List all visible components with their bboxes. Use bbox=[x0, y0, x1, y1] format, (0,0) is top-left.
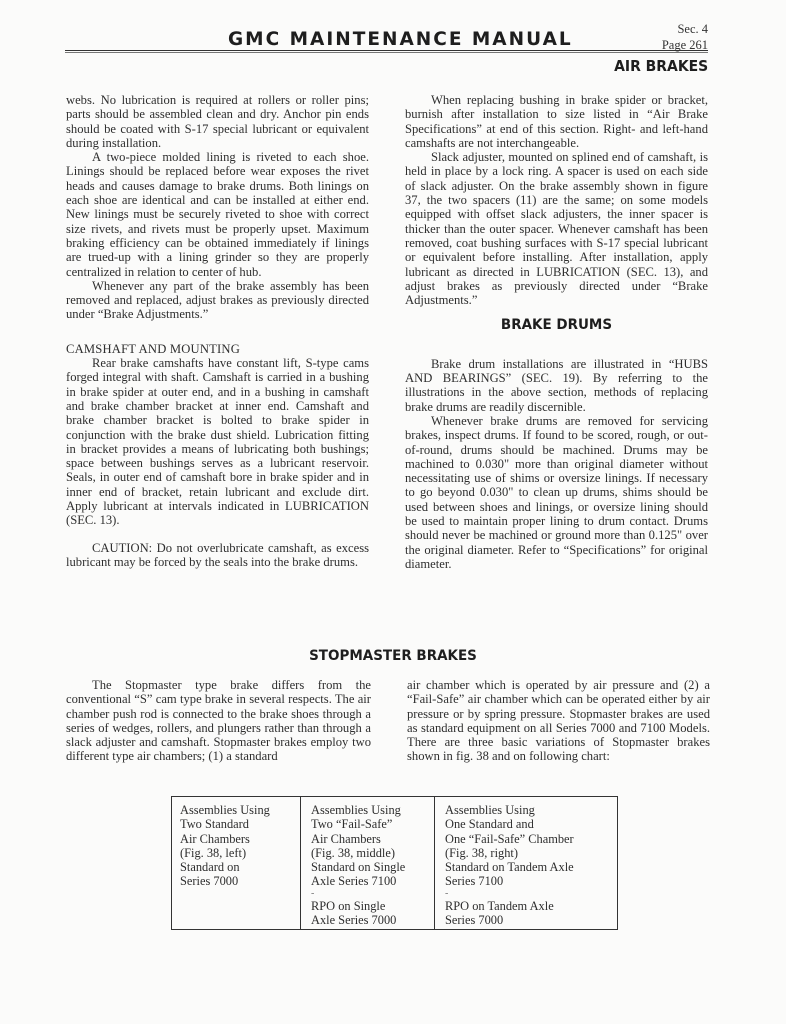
table-separator: - bbox=[445, 889, 613, 899]
table-cell-line: Air Chambers bbox=[311, 832, 430, 846]
table-column: Assemblies Using Two “Fail-Safe” Air Cha… bbox=[300, 797, 434, 929]
table-cell-line: Air Chambers bbox=[180, 832, 296, 846]
table-column: Assemblies Using Two Standard Air Chambe… bbox=[172, 797, 300, 929]
paragraph: Whenever brake drums are removed for ser… bbox=[405, 414, 708, 571]
right-column: When replacing bushing in brake spider o… bbox=[405, 93, 708, 571]
stopmaster-right-column: air chamber which is operated by air pre… bbox=[407, 678, 710, 764]
table-cell-line: Two “Fail-Safe” bbox=[311, 817, 430, 831]
stopmaster-variations-table: Assemblies Using Two Standard Air Chambe… bbox=[171, 796, 618, 930]
paragraph: A two-piece molded lining is riveted to … bbox=[66, 150, 369, 279]
paragraph: air chamber which is operated by air pre… bbox=[407, 678, 710, 764]
table-cell-line: (Fig. 38, right) bbox=[445, 846, 613, 860]
paragraph: Slack adjuster, mounted on splined end o… bbox=[405, 150, 708, 307]
paragraph: Rear brake camshafts have constant lift,… bbox=[66, 356, 369, 528]
stopmaster-left-column: The Stopmaster type brake differs from t… bbox=[66, 678, 371, 764]
table-cell-line: RPO on Tandem Axle bbox=[445, 899, 613, 913]
caution-note: CAUTION: Do not overlubricate camshaft, … bbox=[66, 541, 369, 570]
table-cell-line: Series 7100 bbox=[445, 874, 613, 888]
table-cell-line: Axle Series 7100 bbox=[311, 874, 430, 888]
brake-drums-heading: BRAKE DRUMS bbox=[416, 318, 698, 332]
table-cell-line: Assemblies Using bbox=[445, 803, 613, 817]
paragraph: When replacing bushing in brake spider o… bbox=[405, 93, 708, 150]
table-cell-line: Two Standard bbox=[180, 817, 296, 831]
table-cell-line: RPO on Single bbox=[311, 899, 430, 913]
table-cell-line: Assemblies Using bbox=[180, 803, 296, 817]
camshaft-heading: CAMSHAFT AND MOUNTING bbox=[66, 342, 369, 356]
left-column: webs. No lubrication is required at roll… bbox=[66, 93, 369, 569]
table-column: Assemblies Using One Standard and One “F… bbox=[434, 797, 617, 929]
table-cell-line: Assemblies Using bbox=[311, 803, 430, 817]
table-cell-line: Series 7000 bbox=[180, 874, 296, 888]
manual-title: GMC MAINTENANCE MANUAL bbox=[228, 29, 573, 50]
paragraph: Whenever any part of the brake assembly … bbox=[66, 279, 369, 322]
table-cell-line: One “Fail-Safe” Chamber bbox=[445, 832, 613, 846]
stopmaster-heading: STOPMASTER BRAKES bbox=[28, 648, 759, 664]
section-number: Sec. 4 bbox=[677, 22, 708, 37]
table-cell-line: Axle Series 7000 bbox=[311, 913, 430, 927]
table-cell-line: (Fig. 38, left) bbox=[180, 846, 296, 860]
header-rule bbox=[65, 50, 708, 53]
table-cell-line: Standard on Single bbox=[311, 860, 430, 874]
table-cell-line: Standard on Tandem Axle bbox=[445, 860, 613, 874]
table-cell-line: Series 7000 bbox=[445, 913, 613, 927]
paragraph: Brake drum installations are illustrated… bbox=[405, 357, 708, 414]
page-header: GMC MAINTENANCE MANUAL Sec. 4 Page 261 A… bbox=[0, 0, 786, 80]
table-cell-line: Standard on bbox=[180, 860, 296, 874]
table-separator: - bbox=[311, 889, 430, 899]
table-cell-line: One Standard and bbox=[445, 817, 613, 831]
section-title: AIR BRAKES bbox=[614, 57, 708, 75]
table-cell-line: (Fig. 38, middle) bbox=[311, 846, 430, 860]
paragraph: The Stopmaster type brake differs from t… bbox=[66, 678, 371, 764]
paragraph: webs. No lubrication is required at roll… bbox=[66, 93, 369, 150]
